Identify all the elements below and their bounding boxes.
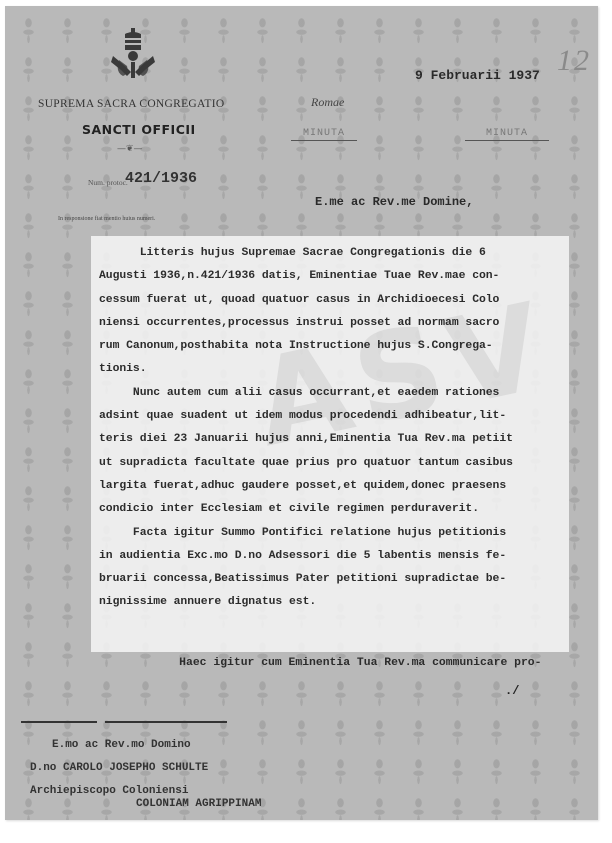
protocol-label: Num. protoc. (88, 178, 128, 187)
body-line: Litteris hujus Supremae Sacrae Congregat… (99, 242, 565, 265)
body-continuation-line: Haec igitur cum Eminentia Tua Rev.ma com… (145, 657, 541, 669)
body-line: niensi occurrentes,processus instrui pos… (99, 312, 565, 335)
institution-name: SUPREMA SACRA CONGREGATIO (38, 98, 224, 110)
folio-number: 12 (557, 44, 591, 78)
draft-label: MINUTA (465, 128, 549, 141)
body-line: teris diei 23 Januarii hujus anni,Eminen… (99, 428, 565, 451)
addressee-name: D.no CAROLO JOSEPHO SCHULTE (30, 762, 208, 774)
body-line: largita fuerat,adhuc gaudere posset,et q… (99, 475, 565, 498)
body-line: rum Canonum,posthabita nota Instructione… (99, 335, 565, 358)
place-stamp: Romae (311, 95, 344, 110)
protocol-number: 421/1936 (125, 170, 197, 187)
reply-note: In responsione fiat mentio huius numeri. (58, 216, 155, 222)
continuation-mark: ./ (505, 684, 519, 698)
addressee-city: COLONIAM AGRIPPINAM (136, 798, 261, 810)
body-line: tionis. (99, 358, 565, 381)
salutation: E.me ac Rev.me Domine, (315, 195, 473, 209)
letter-body: Litteris hujus Supremae Sacrae Congregat… (99, 242, 565, 615)
addressee-title: E.mo ac Rev.mo Domino (52, 739, 191, 751)
body-line: cessum fuerat ut, quoad quatuor casus in… (99, 289, 565, 312)
body-line: bruarii concessa,Beatissimus Pater petit… (99, 568, 565, 591)
draft-label: MINUTA (291, 128, 357, 141)
body-line: in audientia Exc.mo D.no Adsessori die 5… (99, 545, 565, 568)
ornament-divider-icon: —❦— (117, 144, 143, 154)
body-line: Nunc autem cum alii casus occurrant,et e… (99, 382, 565, 405)
divider-line (21, 721, 97, 723)
body-line: Augusti 1936,n.421/1936 datis, Eminentia… (99, 265, 565, 288)
body-line: Facta igitur Summo Pontifici relatione h… (99, 522, 565, 545)
divider-line (105, 721, 227, 723)
body-line: ut supradicta facultate quae prius pro q… (99, 452, 565, 475)
body-line: nignissime annuere dignatus est. (99, 591, 565, 614)
office-name: SANCTI OFFICII (82, 122, 196, 137)
papal-coat-of-arms-icon (105, 26, 161, 82)
document-page: SUPREMA SACRA CONGREGATIO SANCTI OFFICII… (5, 6, 598, 820)
body-line: condicio inter Ecclesiam et civile regim… (99, 498, 565, 521)
letter-date: 9 Februarii 1937 (415, 68, 540, 83)
addressee-office: Archiepiscopo Coloniensi (30, 785, 188, 797)
body-line: adsint quae suadent ut idem modus proced… (99, 405, 565, 428)
